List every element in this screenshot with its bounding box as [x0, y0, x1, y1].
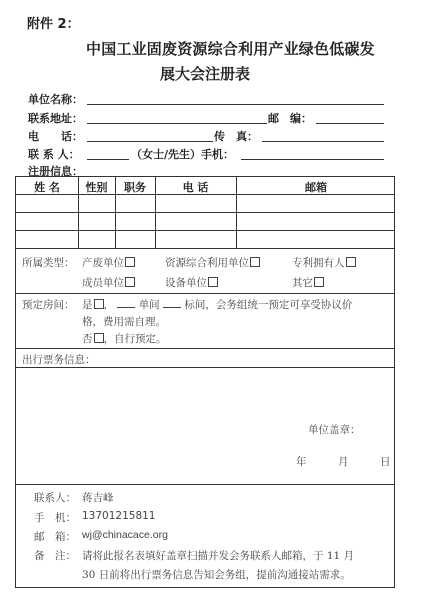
travel-info-label: 出行票务信息： [22, 352, 96, 367]
checkbox[interactable] [250, 257, 260, 267]
seal-label: 单位盖章： [308, 422, 361, 437]
room-label: 预定房间： [22, 297, 75, 312]
date-year-label: 年 [296, 454, 307, 469]
organizer-contact-value: 蒋吉峰 [82, 490, 114, 505]
room-no-checkbox[interactable] [94, 333, 104, 343]
gender-mobile-label: （女士/先生）手机： [131, 146, 234, 162]
type-label: 所属类型： [22, 255, 75, 270]
option-label: 专利拥有人 [292, 257, 345, 269]
room-yes-label: 是 [82, 299, 93, 311]
room-no-label: 否 [82, 333, 93, 345]
type-option-patent-holder[interactable]: 专利拥有人 [292, 255, 356, 270]
divider [16, 348, 394, 349]
table-cell-gender[interactable] [79, 231, 115, 248]
table-cell-phone[interactable] [156, 213, 236, 230]
table-cell-email[interactable] [237, 195, 395, 212]
address-field[interactable] [87, 123, 267, 124]
table-cell-gender[interactable] [79, 213, 115, 230]
postcode-field[interactable] [316, 123, 384, 124]
standard-room-label: 标间，会务组统一预定可享受协议价 [184, 299, 352, 311]
table-cell-name[interactable] [16, 195, 78, 212]
single-room-count-field[interactable] [117, 299, 135, 308]
divider [16, 484, 394, 485]
address-label: 联系地址： [28, 110, 83, 126]
note-line-2: 30 日前将出行票务信息告知会务组，提前沟通接站需求。 [82, 567, 351, 582]
fax-field[interactable] [262, 141, 384, 142]
type-option-other[interactable]: 其它 [292, 275, 324, 290]
unit-name-label: 单位名称： [28, 91, 83, 107]
organizer-email-link[interactable]: wj@chinacace.org [82, 529, 168, 541]
table-cell-email[interactable] [237, 213, 395, 230]
column-header-phone: 电 话 [155, 179, 236, 195]
organizer-mobile-label: 手 机： [34, 510, 76, 525]
room-no-text: ，自行预定。 [104, 333, 167, 345]
fax-label: 传 真： [214, 128, 258, 144]
organizer-contact-label: 联系人： [34, 490, 76, 505]
registration-form-table: 姓 名 性别 职务 电 话 邮箱 所属类型： 产废单位 资源综合利用单位 专利拥… [15, 176, 395, 588]
divider [16, 293, 394, 294]
date-month-label: 月 [338, 454, 349, 469]
table-cell-position[interactable] [116, 231, 155, 248]
table-cell-phone[interactable] [156, 231, 236, 248]
unit-name-field[interactable] [87, 104, 384, 105]
standard-room-count-field[interactable] [163, 299, 181, 308]
checkbox[interactable] [208, 277, 218, 287]
organizer-email-label: 邮 箱： [34, 529, 76, 544]
type-option-resource-utilization[interactable]: 资源综合利用单位 [165, 255, 260, 270]
phone-field[interactable] [87, 141, 213, 142]
phone-label: 电 话： [28, 128, 83, 144]
option-label: 其它 [292, 277, 313, 289]
table-cell-email[interactable] [237, 231, 395, 248]
column-header-gender: 性别 [78, 179, 115, 195]
table-cell-position[interactable] [116, 213, 155, 230]
contact-label: 联 系 人： [28, 146, 80, 162]
single-room-label: 单间 [139, 299, 160, 311]
room-no-line: 否，自行预定。 [82, 331, 167, 346]
column-header-position: 职务 [115, 179, 155, 195]
option-label: 产废单位 [82, 257, 124, 269]
postcode-label: 邮 编： [268, 110, 312, 126]
table-cell-name[interactable] [16, 231, 78, 248]
column-header-name: 姓 名 [16, 179, 78, 195]
option-label: 成员单位 [82, 277, 124, 289]
contact-field[interactable] [87, 159, 129, 160]
checkbox[interactable] [125, 257, 135, 267]
column-header-email: 邮箱 [236, 179, 396, 195]
room-yes-checkbox[interactable] [94, 299, 104, 309]
table-cell-name[interactable] [16, 213, 78, 230]
page-title-line2: 展大会注册表 [160, 63, 250, 84]
type-option-equipment-unit[interactable]: 设备单位 [165, 275, 218, 290]
table-cell-phone[interactable] [156, 195, 236, 212]
room-yes-line: 是， 单间 标间，会务组统一预定可享受协议价 [82, 297, 352, 312]
mobile-field[interactable] [241, 159, 384, 160]
option-label: 设备单位 [165, 277, 207, 289]
note-label: 备 注： [34, 548, 76, 563]
attachment-label: 附件 2： [27, 13, 80, 32]
note-line-1: 请将此报名表填好盖章扫描并发会务联系人邮箱，于 11 月 [82, 548, 354, 563]
checkbox[interactable] [125, 277, 135, 287]
page-title: 中国工业固废资源综合利用产业绿色低碳发 [86, 38, 375, 59]
type-option-member-unit[interactable]: 成员单位 [82, 275, 135, 290]
divider [16, 248, 394, 249]
type-option-waste-producer[interactable]: 产废单位 [82, 255, 135, 270]
option-label: 资源综合利用单位 [165, 257, 249, 269]
date-day-label: 日 [380, 454, 391, 469]
table-cell-gender[interactable] [79, 195, 115, 212]
checkbox[interactable] [346, 257, 356, 267]
checkbox[interactable] [314, 277, 324, 287]
organizer-mobile-value: 13701215811 [82, 510, 156, 522]
table-cell-position[interactable] [116, 195, 155, 212]
room-price-note: 格，费用需自理。 [82, 314, 166, 329]
